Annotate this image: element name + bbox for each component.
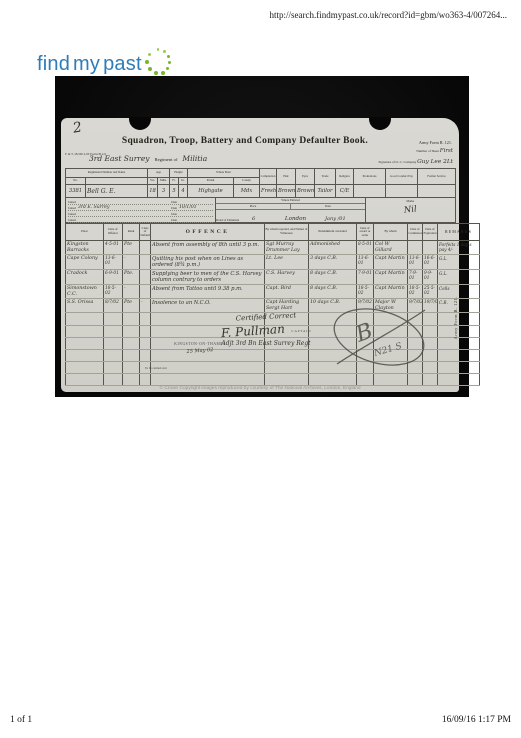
column-header: Ft. <box>170 178 179 185</box>
logo-dot <box>166 67 169 70</box>
column-header: Date of Expiration <box>423 224 438 241</box>
offence-cell <box>140 270 151 285</box>
table-row: 3381 Bell G. E. 18 3 5 4 Highgate Mdx Fr… <box>66 185 456 198</box>
offence-cell: Forfeits 1 day's pay 4/- <box>438 241 480 255</box>
where-enlisted-values: Period of Enlistment 6 London Jany /01 <box>216 210 365 222</box>
column-header: Age <box>148 169 170 178</box>
offence-cell: Capt Martin <box>374 285 408 299</box>
column-header: In. <box>179 178 188 185</box>
sheet-number-label: Number of Sheet <box>416 149 439 153</box>
offence-cell: Quitting his post when on Lines as order… <box>151 255 265 270</box>
handwritten-corner-mark: 2 <box>72 119 84 136</box>
enlisted-date-value: Jany /01 <box>325 216 365 222</box>
logo-dots-icon <box>145 48 171 74</box>
offence-cell: - <box>123 255 140 270</box>
detail-county: Mdx <box>234 185 260 198</box>
joined-label: Joined <box>68 206 76 210</box>
offence-cell: Sgt Murray Drummer Lay <box>265 241 309 255</box>
empty-cell <box>123 349 140 361</box>
empty-cell <box>151 373 265 385</box>
detail-religion: C/E <box>336 185 354 198</box>
offence-cell: 16-6-01 <box>423 255 438 270</box>
sheet-number-value: First <box>440 148 453 154</box>
offence-cell: Cape Colony <box>66 255 104 270</box>
oc-signature-value: Guy Lee 2Lt <box>417 159 453 165</box>
empty-cell <box>123 361 140 373</box>
offence-cell: Simonstown C.C. <box>66 285 104 299</box>
logo-dot <box>145 60 149 64</box>
regiment-value-handwriting: Militia <box>182 154 207 163</box>
oc-signature-line: Signature of O. C. Company Guy Lee 2Lt <box>379 159 453 165</box>
place-stamp: KINGSTON-ON-THAMES 25 May 02 <box>153 342 247 354</box>
offence-cell: Cradock <box>66 270 104 285</box>
offence-cell: Absent from assembly of 8th until 3 p.m. <box>151 241 265 255</box>
form-reference: Army Form B. 121. <box>419 140 452 145</box>
logo-dot <box>161 71 165 75</box>
column-header: By whom <box>374 224 408 241</box>
soldier-details-table: Regimental Number and Name Age Height Wh… <box>65 168 456 198</box>
date-label: Date <box>171 212 177 216</box>
document-title: Squadron, Troop, Battery and Company Def… <box>61 136 429 146</box>
empty-cell <box>123 325 140 337</box>
empty-cell <box>140 373 151 385</box>
logo-dot <box>168 61 171 64</box>
offence-cell: 7-9-01 <box>408 270 423 285</box>
column-header <box>86 178 148 185</box>
punch-hole-icon <box>369 117 391 130</box>
table-row: Cradock6-9-01Pte.Supplying beer to men o… <box>66 270 480 285</box>
offence-cell <box>140 285 151 299</box>
offence-cell <box>140 255 151 270</box>
empty-cell <box>66 313 104 325</box>
offence-cell: 6-9-01 <box>104 270 123 285</box>
print-page: http://search.findmypast.co.uk/record?id… <box>0 0 521 738</box>
detail-height-inches: 4 <box>179 185 188 198</box>
table-row: Kingston Barracks4-5-01PteAbsent from as… <box>66 241 480 255</box>
detail-trade: Tailor <box>315 185 336 198</box>
detail-promotions <box>354 185 386 198</box>
column-header: Trade <box>315 169 336 185</box>
print-header-url: http://search.findmypast.co.uk/record?id… <box>269 10 507 20</box>
column-header: Complexion <box>260 169 277 185</box>
empty-cell <box>66 337 104 349</box>
detail-name: Bell G. E. <box>86 185 148 198</box>
column-header: Hair <box>277 169 296 185</box>
empty-cell <box>123 337 140 349</box>
offence-cell: - <box>123 285 140 299</box>
offence-cell: Supplying beer to men of the C.S. Harvey… <box>151 270 265 285</box>
empty-cell <box>438 361 480 373</box>
offence-cell: Col W Gillard <box>374 241 408 255</box>
offence-cell: C.S. Harvey <box>265 270 309 285</box>
joined-line: Joined Date <box>68 217 213 223</box>
empty-cell <box>104 325 123 337</box>
offence-cell: Capt Martin <box>374 255 408 270</box>
table-row: Simonstown C.C.18-5-02-Absent from Tatto… <box>66 285 480 299</box>
column-header: REMARKS <box>438 224 480 241</box>
empty-cell <box>374 373 408 385</box>
detail-regimental-number: 3381 <box>66 185 86 198</box>
page-number: 1 of 1 <box>10 715 32 725</box>
column-header: Former Service <box>418 169 456 185</box>
column-header: Height <box>170 169 188 178</box>
offence-cell: C.B. <box>438 299 480 313</box>
column-header: Date of Commencement <box>408 224 423 241</box>
date-label: Date <box>171 218 177 222</box>
empty-cell <box>104 349 123 361</box>
offence-cell: 8 days C.B. <box>309 285 357 299</box>
sheet-number-line: Number of Sheet First <box>416 148 453 154</box>
crown-copyright-watermark: © Crown Copyright images reproduced by c… <box>61 386 459 391</box>
offence-cell: 7-9-01 <box>357 270 374 285</box>
date-label: Date <box>171 200 177 204</box>
empty-cell <box>438 325 480 337</box>
column-header: Place <box>66 224 104 241</box>
empty-cell <box>438 337 480 349</box>
empty-cell <box>123 313 140 325</box>
marks-value: Nil <box>366 200 455 219</box>
offence-cell: - <box>140 299 151 313</box>
detail-former-service <box>418 185 456 198</box>
empty-cell <box>66 373 104 385</box>
offence-cell <box>408 241 423 255</box>
empty-cell <box>104 337 123 349</box>
pencil-note-text: N21 S <box>372 341 403 359</box>
offence-cell: 13-6-01 <box>357 255 374 270</box>
empty-cell <box>104 361 123 373</box>
findmypast-logo: find my past <box>37 44 171 76</box>
joined-label: Joined <box>68 200 76 204</box>
print-timestamp: 16/09/16 1:17 PM <box>442 715 511 725</box>
offence-cell: Absent from Tattoo until 9.38 p.m. <box>151 285 265 299</box>
logo-dot <box>148 67 152 71</box>
offence-cell: 8/7/02 <box>104 299 123 313</box>
empty-cell <box>66 349 104 361</box>
empty-cell <box>140 349 151 361</box>
logo-dot <box>154 71 158 75</box>
table-row: Regimental Number and Name Age Height Wh… <box>66 169 456 178</box>
empty-cell <box>151 361 265 373</box>
regiment-label: Regiment of <box>155 157 178 162</box>
column-header: Punishment awarded <box>309 224 357 241</box>
column-header: Religion <box>336 169 354 185</box>
empty-cell <box>265 361 309 373</box>
period-of-enlistment-label: Period of Enlistment <box>216 219 252 222</box>
regiment-prefix-handwriting: 3rd East Surrey <box>89 154 150 163</box>
record-scan-image: 2 Squadron, Troop, Battery and Company D… <box>55 76 469 397</box>
logo-word-past: past <box>103 53 142 76</box>
pencil-annotation: B N21 S <box>327 304 431 370</box>
offence-cell: 9-9-01 <box>423 270 438 285</box>
detail-age-months: 3 <box>158 185 170 198</box>
logo-dot <box>157 48 160 51</box>
joined-unit-value: 3rd E. Surrey <box>78 206 169 211</box>
empty-cell <box>140 325 151 337</box>
empty-cell <box>309 373 357 385</box>
place-label: Place <box>216 204 291 209</box>
offence-cell: Pte <box>123 299 140 313</box>
column-header: No. <box>66 178 86 185</box>
detail-eyes: Brown <box>296 185 315 198</box>
offence-cell: Lt. Lee <box>265 255 309 270</box>
column-header: Where Born <box>188 169 260 178</box>
column-header: Date of award or order <box>357 224 374 241</box>
punch-hole-icon <box>129 117 151 130</box>
offence-cell: 25-5-02 <box>423 285 438 299</box>
joined-history: Joined Date Joined 3rd E. Surrey Date 10… <box>66 198 216 222</box>
empty-cell <box>408 373 423 385</box>
offence-cell: 8-5-01 <box>357 241 374 255</box>
detail-age-years: 18 <box>148 185 158 198</box>
table-header-row: PlaceDate of OffenceRankClass of Default… <box>66 224 480 241</box>
column-header: Class of Defaulter <box>140 224 151 241</box>
empty-cell <box>140 313 151 325</box>
marks-box: Marks Nil <box>366 198 455 222</box>
side-form-reference: Army Form B. 121. <box>453 296 458 339</box>
captain-stamp: CAPTAIN <box>291 329 311 333</box>
joined-date-value: 10/1/01 <box>179 206 213 211</box>
detail-height-feet: 5 <box>170 185 179 198</box>
offence-cell: 18-5-02 <box>357 285 374 299</box>
oc-signature-label: Signature of O. C. Company <box>379 160 417 164</box>
empty-cell <box>265 349 309 361</box>
where-enlisted-box: Where Enlisted Place Date Period of Enli… <box>216 198 366 222</box>
enlistment-section: Joined Date Joined 3rd E. Surrey Date 10… <box>65 198 456 223</box>
logo-dot <box>148 53 151 56</box>
offence-cell: 18-5-02 <box>104 285 123 299</box>
empty-cell <box>104 313 123 325</box>
date-label: Date <box>291 204 365 209</box>
empty-cell <box>438 313 480 325</box>
empty-cell <box>66 325 104 337</box>
offence-cell: 18-5-02 <box>408 285 423 299</box>
offence-cell: S.S. Orissa <box>66 299 104 313</box>
carry-over-note: To be carried over <box>145 366 167 370</box>
column-header: By whom reported, and Names of Witnesses <box>265 224 309 241</box>
joined-label: Joined <box>68 212 76 216</box>
logo-word-find: find <box>37 53 70 76</box>
column-header: County <box>234 178 260 185</box>
column-header: Good Conduct Pay <box>386 169 418 185</box>
empty-cell <box>104 373 123 385</box>
logo-dot <box>167 55 170 58</box>
empty-cell <box>265 373 309 385</box>
column-header: Regimental Number and Name <box>66 169 148 178</box>
logo-dot <box>163 50 166 53</box>
pencil-note-text: B <box>352 319 377 348</box>
column-header: Eyes <box>296 169 315 185</box>
empty-cell <box>123 373 140 385</box>
joined-label: Joined <box>68 218 76 222</box>
defaulter-book-page: 2 Squadron, Troop, Battery and Company D… <box>61 118 459 392</box>
offence-cell: G.L. <box>438 255 480 270</box>
offence-cell: G.L. <box>438 270 480 285</box>
empty-cell <box>438 373 480 385</box>
offence-cell: 13-6-01 <box>408 255 423 270</box>
offence-cell: Pte <box>123 241 140 255</box>
period-of-enlistment-value: 6 <box>252 216 266 222</box>
empty-cell <box>140 337 151 349</box>
detail-hair: Brown <box>277 185 296 198</box>
empty-row <box>66 373 480 385</box>
detail-parish: Highgate <box>188 185 234 198</box>
column-header: Mths. <box>158 178 170 185</box>
enlisted-place-value: London <box>266 216 325 222</box>
offence-cell: Kingston Barracks <box>66 241 104 255</box>
offence-cell: Insolence to an N.C.O. <box>151 299 265 313</box>
offence-cell: 3 days C.B. <box>309 255 357 270</box>
table-row: Cape Colony13-6-01-Quitting his post whe… <box>66 255 480 270</box>
column-header: Promotions <box>354 169 386 185</box>
column-header: Date of Offence <box>104 224 123 241</box>
offence-cell: 4-5-01 <box>104 241 123 255</box>
offence-cell <box>423 241 438 255</box>
offence-cell: Capt Martin <box>374 270 408 285</box>
adjutant-signature: F. Pullman <box>220 322 285 340</box>
column-header: Yrs. <box>148 178 158 185</box>
empty-cell <box>357 373 374 385</box>
offence-cell: Cells <box>438 285 480 299</box>
empty-cell <box>438 349 480 361</box>
offence-cell: 13-6-01 <box>104 255 123 270</box>
offence-cell <box>140 241 151 255</box>
detail-complexion: Fresh <box>260 185 277 198</box>
offence-cell: 8 days C.B. <box>309 270 357 285</box>
detail-good-conduct-pay <box>386 185 418 198</box>
regiment-line: 3rd East Surrey Regiment of Militia <box>89 154 207 163</box>
offence-cell: Pte. <box>123 270 140 285</box>
offence-cell: Admonished <box>309 241 357 255</box>
column-header: Parish <box>188 178 234 185</box>
column-header: Rank <box>123 224 140 241</box>
date-label: Date <box>171 206 177 210</box>
empty-cell <box>66 361 104 373</box>
column-header: OFFENCE <box>151 224 265 241</box>
offence-cell: Capt. Bird <box>265 285 309 299</box>
logo-word-my: my <box>73 53 100 76</box>
empty-cell <box>423 373 438 385</box>
